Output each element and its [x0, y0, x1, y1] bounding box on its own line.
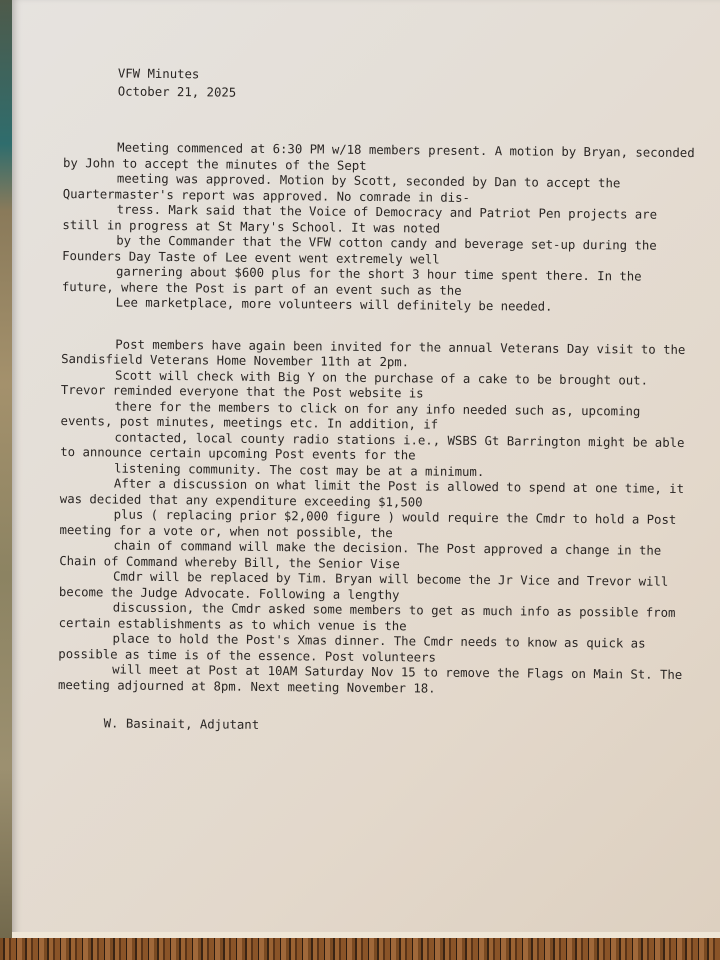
wooden-table-surface	[0, 938, 720, 960]
document-body: VFW Minutes October 21, 2025 Meeting com…	[58, 64, 664, 737]
paragraph-2: Post members have again been invited for…	[58, 336, 661, 698]
paragraph-1: Meeting commenced at 6:30 PM w/18 member…	[62, 140, 664, 316]
paper-bottom-edge	[12, 932, 720, 938]
document-date: October 21, 2025	[118, 83, 664, 106]
